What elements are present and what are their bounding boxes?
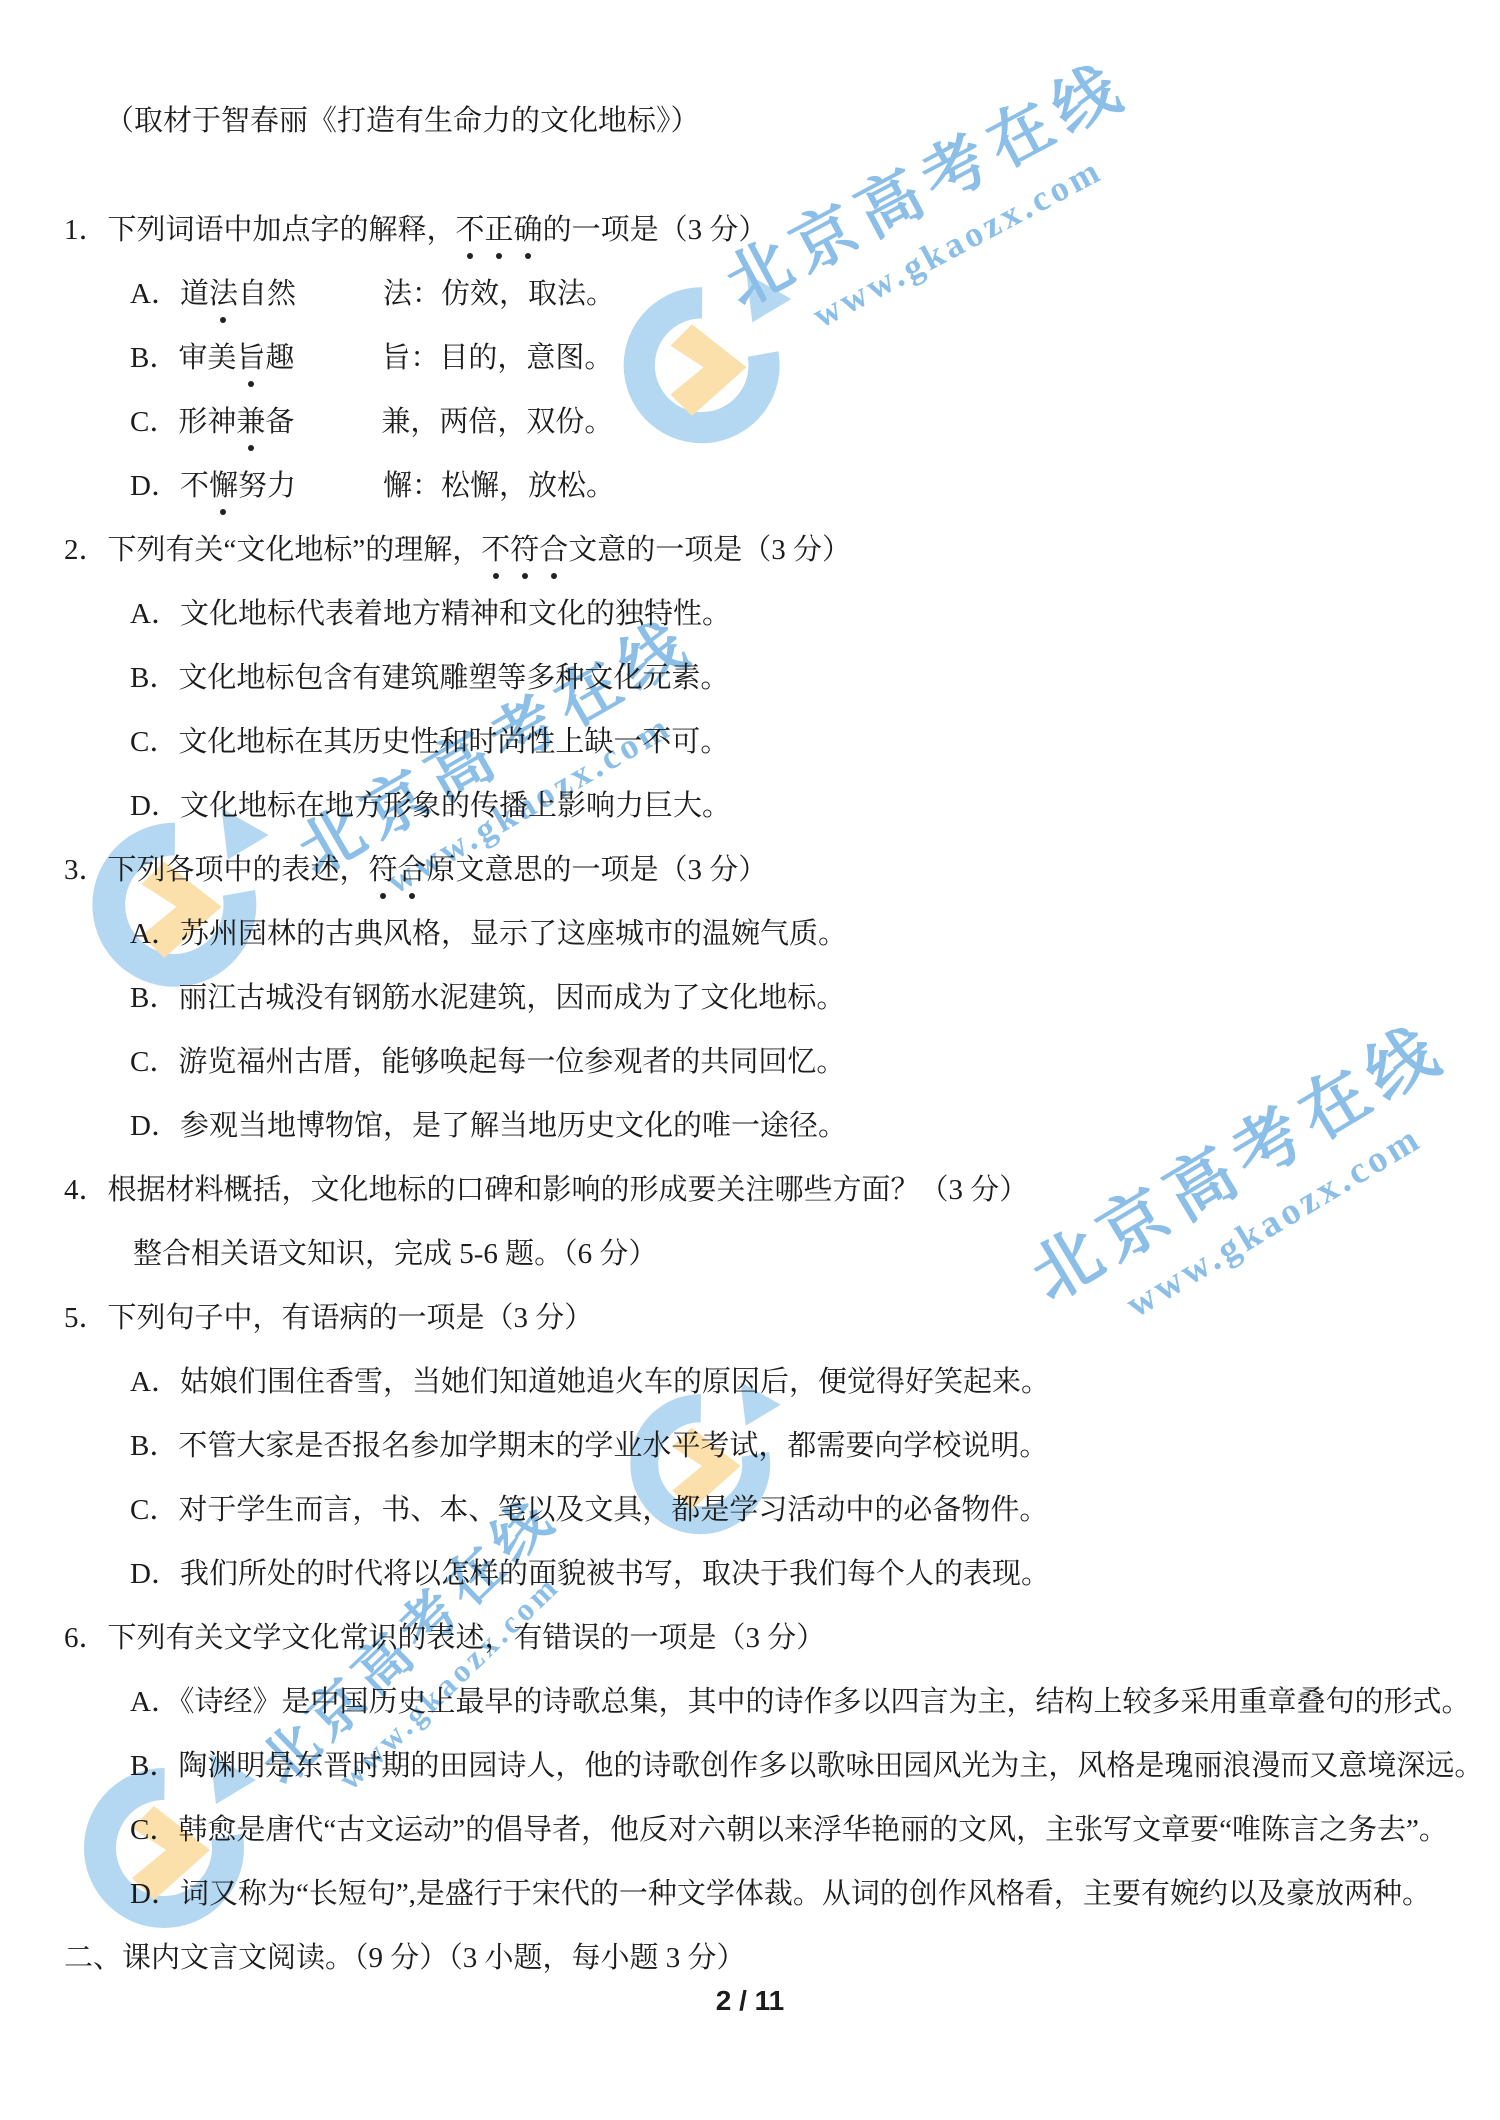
option-line: C．对于学生而言，书、本、笔以及文具，都是学习活动中的必备物件。 <box>0 1478 1500 1542</box>
emphasized-char: 法 <box>209 262 238 326</box>
text-segment: 的一项是（3 分） <box>543 214 768 246</box>
text-segment: D．文化地标在地方形象的传播上影响力巨大。 <box>130 790 731 822</box>
text-segment: C．游览福州古厝，能够唤起每一位参观者的共同回忆。 <box>130 1046 845 1078</box>
text-segment: C．文化地标在其历史性和时尚性上缺一不可。 <box>130 726 729 758</box>
source-attribution: （取材于智春丽《打造有生命力的文化地标》） <box>105 98 700 139</box>
emphasized-char: 不 <box>456 198 485 262</box>
text-segment: D．不 <box>130 470 209 502</box>
document-page: 北京高考在线 www.gkaozx.com 北京高考在线 www.gkaozx.… <box>0 0 1500 2120</box>
page-number: 2 / 11 <box>0 1985 1500 2017</box>
text-segment: A．道 <box>130 278 209 310</box>
option-line: B．丽江古城没有钢筋水泥建筑，因而成为了文化地标。 <box>0 966 1500 1030</box>
emphasized-char: 懈 <box>209 454 238 518</box>
text-segment: 文意的一项是（3 分） <box>568 534 851 566</box>
option-line: A．《诗经》是中国历史上最早的诗歌总集，其中的诗作多以四言为主，结构上较多采用重… <box>0 1670 1500 1734</box>
option-line: A．姑娘们围住香雪，当她们知道她追火车的原因后，便觉得好笑起来。 <box>0 1350 1500 1414</box>
option-line: D．词又称为“长短句”,是盛行于宋代的一种文学体裁。从词的创作风格看，主要有婉约… <box>0 1862 1500 1926</box>
emphasized-char: 合 <box>539 518 568 582</box>
text-segment: B．陶渊明是东晋时期的田园诗人，他的诗歌创作多以歌咏田园风光为主，风格是瑰丽浪漫… <box>130 1750 1483 1782</box>
content-lines: 1．下列词语中加点字的解释，不正确的一项是（3 分）A．道法自然 法：仿效，取法… <box>0 198 1500 1990</box>
option-line: D．文化地标在地方形象的传播上影响力巨大。 <box>0 774 1500 838</box>
emphasized-char: 旨 <box>236 326 265 390</box>
text-segment: 6．下列有关文学文化常识的表述，有错误的一项是（3 分） <box>64 1622 825 1654</box>
text-segment: A．姑娘们围住香雪，当她们知道她追火车的原因后，便觉得好笑起来。 <box>130 1366 1050 1398</box>
text-segment: 2．下列有关“文化地标”的理解， <box>64 534 481 566</box>
question-line: 5．下列句子中，有语病的一项是（3 分） <box>0 1286 1500 1350</box>
text-segment: 努力 懈：松懈，放松。 <box>238 470 615 502</box>
option-line: D．我们所处的时代将以怎样的面貌被书写，取决于我们每个人的表现。 <box>0 1542 1500 1606</box>
option-line: C．文化地标在其历史性和时尚性上缺一不可。 <box>0 710 1500 774</box>
question-line: 4．根据材料概括，文化地标的口碑和影响的形成要关注哪些方面？（3 分） <box>0 1158 1500 1222</box>
sub-line: 整合相关语文知识，完成 5-6 题。（6 分） <box>0 1222 1500 1286</box>
option-line: B．不管大家是否报名参加学期末的学业水平考试，都需要向学校说明。 <box>0 1414 1500 1478</box>
text-segment: 自然 法：仿效，取法。 <box>238 278 615 310</box>
emphasized-char: 确 <box>514 198 543 262</box>
text-segment: A．苏州园林的古典风格，显示了这座城市的温婉气质。 <box>130 918 847 950</box>
text-segment: 趣 旨：目的，意图。 <box>265 342 613 374</box>
question-line: 2．下列有关“文化地标”的理解，不符合文意的一项是（3 分） <box>0 518 1500 582</box>
text-segment: 3．下列各项中的表述， <box>64 854 369 886</box>
question-line: 6．下列有关文学文化常识的表述，有错误的一项是（3 分） <box>0 1606 1500 1670</box>
text-segment: C．对于学生而言，书、本、笔以及文具，都是学习活动中的必备物件。 <box>130 1494 1048 1526</box>
text-segment: 原文意思的一项是（3 分） <box>427 854 768 886</box>
option-line: B．文化地标包含有建筑雕塑等多种文化元素。 <box>0 646 1500 710</box>
text-segment: 备 兼，两倍，双份。 <box>265 406 613 438</box>
emphasized-char: 符 <box>369 838 398 902</box>
emphasized-char: 兼 <box>236 390 265 454</box>
text-segment: 整合相关语文知识，完成 5-6 题。（6 分） <box>133 1238 657 1270</box>
text-segment: 5．下列句子中，有语病的一项是（3 分） <box>64 1302 593 1334</box>
text-segment: D．参观当地博物馆，是了解当地历史文化的唯一途径。 <box>130 1110 847 1142</box>
emphasized-char: 正 <box>485 198 514 262</box>
text-segment: 1．下列词语中加点字的解释， <box>64 214 456 246</box>
text-segment: B．不管大家是否报名参加学期末的学业水平考试，都需要向学校说明。 <box>130 1430 1048 1462</box>
section-line: 二、课内文言文阅读。（9 分）（3 小题，每小题 3 分） <box>0 1926 1500 1990</box>
question-line: 1．下列词语中加点字的解释，不正确的一项是（3 分） <box>0 198 1500 262</box>
text-segment: A．《诗经》是中国历史上最早的诗歌总集，其中的诗作多以四言为主，结构上较多采用重… <box>130 1686 1470 1718</box>
emphasized-char: 不 <box>481 518 510 582</box>
option-line: D．参观当地博物馆，是了解当地历史文化的唯一途径。 <box>0 1094 1500 1158</box>
option-line: A．苏州园林的古典风格，显示了这座城市的温婉气质。 <box>0 902 1500 966</box>
text-segment: A．文化地标代表着地方精神和文化的独特性。 <box>130 598 731 630</box>
option-line: B．审美旨趣 旨：目的，意图。 <box>0 326 1500 390</box>
option-line: A．文化地标代表着地方精神和文化的独特性。 <box>0 582 1500 646</box>
question-line: 3．下列各项中的表述，符合原文意思的一项是（3 分） <box>0 838 1500 902</box>
text-segment: D．我们所处的时代将以怎样的面貌被书写，取决于我们每个人的表现。 <box>130 1558 1050 1590</box>
text-segment: 二、课内文言文阅读。（9 分）（3 小题，每小题 3 分） <box>64 1942 746 1974</box>
option-line: B．陶渊明是东晋时期的田园诗人，他的诗歌创作多以歌咏田园风光为主，风格是瑰丽浪漫… <box>0 1734 1500 1798</box>
text-segment: C．形神 <box>130 406 236 438</box>
text-segment: D．词又称为“长短句”,是盛行于宋代的一种文学体裁。从词的创作风格看，主要有婉约… <box>130 1878 1431 1910</box>
emphasized-char: 符 <box>510 518 539 582</box>
option-line: A．道法自然 法：仿效，取法。 <box>0 262 1500 326</box>
text-segment: B．审美 <box>130 342 236 374</box>
text-segment: B．丽江古城没有钢筋水泥建筑，因而成为了文化地标。 <box>130 982 845 1014</box>
option-line: C．韩愈是唐代“古文运动”的倡导者，他反对六朝以来浮华艳丽的文风，主张写文章要“… <box>0 1798 1500 1862</box>
option-line: C．形神兼备 兼，两倍，双份。 <box>0 390 1500 454</box>
option-line: C．游览福州古厝，能够唤起每一位参观者的共同回忆。 <box>0 1030 1500 1094</box>
text-segment: 4．根据材料概括，文化地标的口碑和影响的形成要关注哪些方面？（3 分） <box>64 1174 1028 1206</box>
option-line: D．不懈努力 懈：松懈，放松。 <box>0 454 1500 518</box>
text-segment: B．文化地标包含有建筑雕塑等多种文化元素。 <box>130 662 729 694</box>
text-segment: C．韩愈是唐代“古文运动”的倡导者，他反对六朝以来浮华艳丽的文风，主张写文章要“… <box>130 1814 1448 1846</box>
emphasized-char: 合 <box>398 838 427 902</box>
